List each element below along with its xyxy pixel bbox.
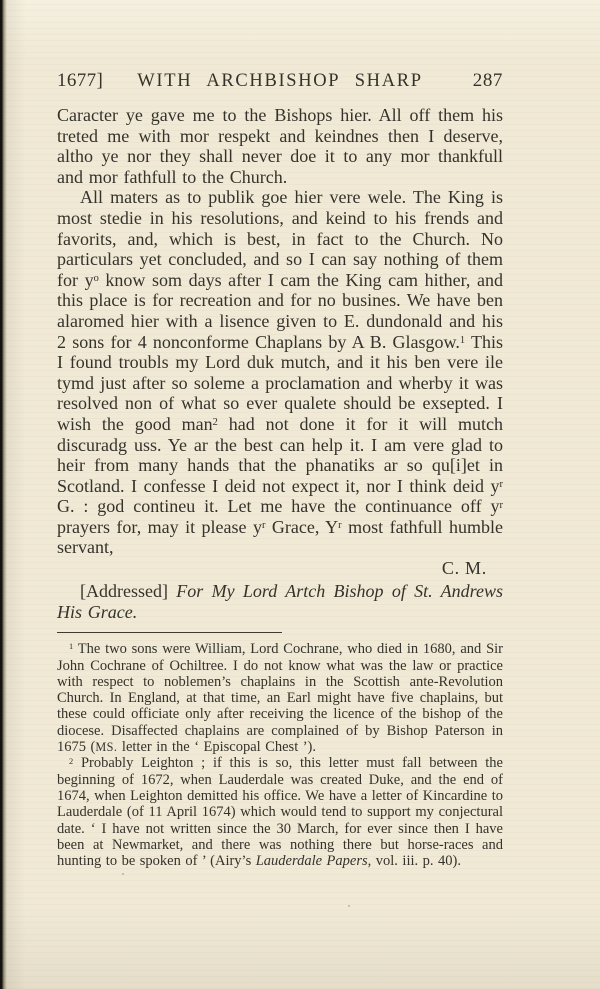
- footnote-1: 1 The two sons were William, Lord Cochra…: [57, 641, 503, 755]
- letter-addressed-line: [Addressed] For My Lord Artch Bishop of …: [57, 581, 503, 622]
- page-content: 1677] WITH ARCHBISHOP SHARP 287 Caracter…: [57, 70, 503, 869]
- letter-body: Caracter ye gave me to the Bishops hier.…: [57, 105, 503, 622]
- footnote-2: 2 Probably Leighton ; if this is so, thi…: [57, 755, 503, 869]
- header-title: WITH ARCHBISHOP SHARP: [57, 70, 503, 92]
- letter-paragraph-1: Caracter ye gave me to the Bishops hier.…: [57, 105, 503, 187]
- header-page-number: 287: [473, 70, 503, 92]
- book-page: 1677] WITH ARCHBISHOP SHARP 287 Caracter…: [0, 0, 600, 989]
- paper-speck: [122, 873, 124, 875]
- header-year: 1677]: [57, 70, 103, 92]
- letter-signature: C. M.: [57, 558, 503, 579]
- page-left-edge-shadow: [0, 0, 7, 989]
- footnote-divider: [57, 632, 282, 633]
- paper-speck: [348, 905, 350, 907]
- letter-paragraph-2: All maters as to publik goe hier vere we…: [57, 187, 503, 558]
- running-header: 1677] WITH ARCHBISHOP SHARP 287: [57, 70, 503, 94]
- footnotes-section: 1 The two sons were William, Lord Cochra…: [57, 641, 503, 869]
